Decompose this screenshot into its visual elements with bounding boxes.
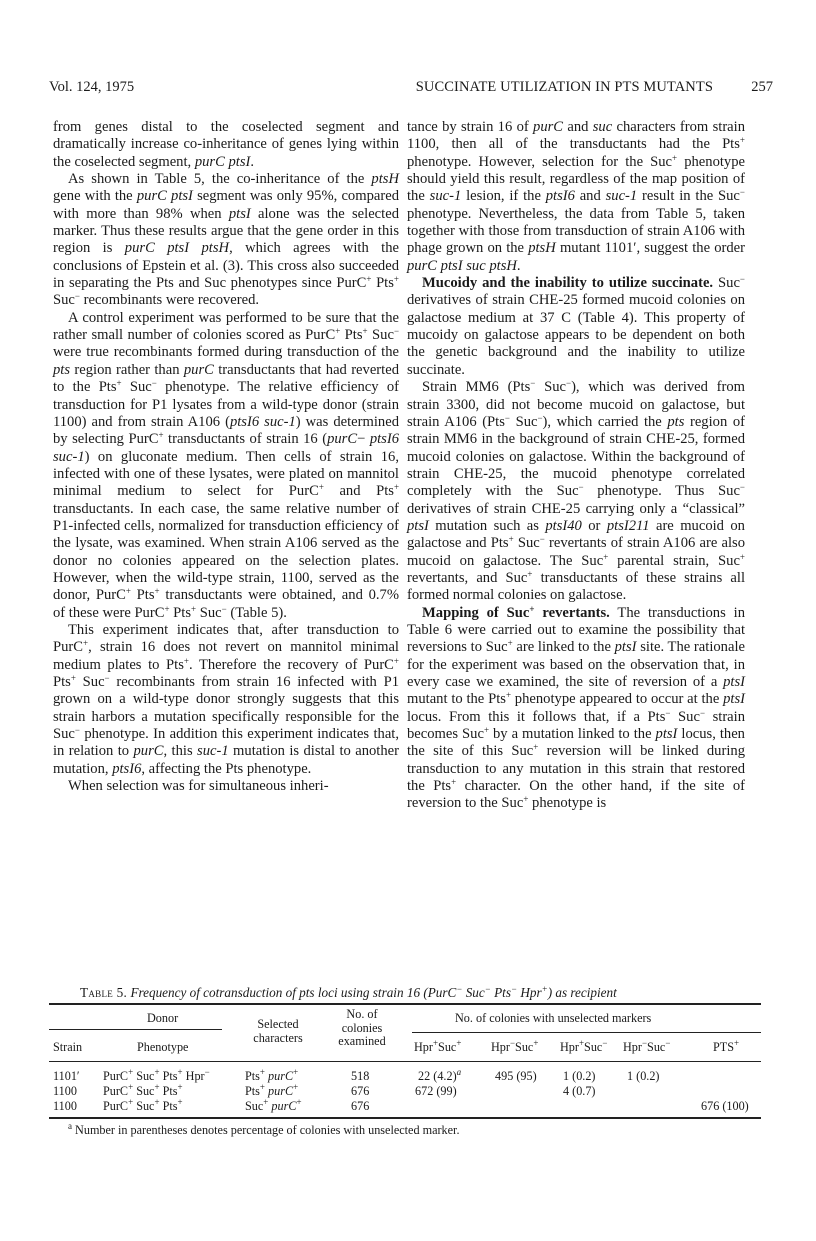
section-paragraph-mapping: Mapping of Suc+ revertants. The transduc… (407, 605, 745, 813)
table-caption: Table 5. Frequency of cotransduction of … (80, 985, 617, 1001)
footnote-mark: a (68, 1121, 72, 1131)
paragraph: A control experiment was performed to be… (53, 310, 399, 622)
paragraph: As shown in Table 5, the co-inheritance … (53, 171, 399, 310)
table-footnote: a Number in parentheses denotes percenta… (68, 1123, 460, 1138)
table-cell-hpr_p_suc_m: 1 (0.2) (563, 1069, 596, 1084)
header-donor: Donor (147, 1011, 178, 1026)
paragraph: When selection was for simultaneous inhe… (53, 778, 399, 795)
unselected-rule (412, 1032, 761, 1033)
table-cell-examined: 676 (351, 1099, 369, 1114)
table-cell-selected: Suc+ purC+ (245, 1099, 302, 1114)
col-hpr-p-suc-p: Hpr+Suc+ (414, 1040, 461, 1055)
table-cell-hpr_p_suc_p: 22 (4.2)a (415, 1069, 461, 1084)
paragraph: This experiment indicates that, after tr… (53, 622, 399, 778)
paragraph: tance by strain 16 of purC and suc chara… (407, 119, 745, 275)
col-hpr-p-suc-m: Hpr+Suc− (560, 1040, 607, 1055)
table-cell-hpr_m_suc_m: 1 (0.2) (627, 1069, 660, 1084)
table-label: Table 5. (80, 985, 127, 1000)
volume-label: Vol. 124, 1975 (49, 79, 134, 96)
col-strain: Strain (53, 1040, 82, 1055)
left-column: from genes distal to the coselected segm… (53, 119, 399, 795)
table-cell-strain: 1101′ (53, 1069, 80, 1084)
table-top-rule (49, 1003, 761, 1005)
table-cell-hpr_p_suc_p: 672 (99) (415, 1084, 457, 1099)
table-bottom-rule (49, 1117, 761, 1119)
col-pts-p: PTS+ (713, 1040, 739, 1055)
running-header: Vol. 124, 1975 SUCCINATE UTILIZATION IN … (49, 79, 773, 97)
col-hpr-m-suc-p: Hpr−Suc+ (491, 1040, 538, 1055)
table-cell-hpr_p_suc_m: 4 (0.7) (563, 1084, 596, 1099)
table-cell-selected: Pts+ purC+ (245, 1084, 298, 1099)
paragraph: Strain MM6 (Pts− Suc−), which was derive… (407, 379, 745, 604)
header-examined: No. ofcoloniesexamined (329, 1008, 395, 1049)
donor-rule (49, 1029, 222, 1030)
running-title: SUCCINATE UTILIZATION IN PTS MUTANTS (416, 79, 713, 96)
section-paragraph-mucoidy: Mucoidy and the inability to utilize suc… (407, 275, 745, 379)
table-cell-examined: 518 (351, 1069, 369, 1084)
table-title: Frequency of cotransduction of pts loci … (130, 985, 616, 1000)
right-column: tance by strain 16 of purC and suc chara… (407, 119, 745, 813)
table-cell-strain: 1100 (53, 1099, 77, 1114)
paragraph: from genes distal to the coselected segm… (53, 119, 399, 171)
header-unselected: No. of colonies with unselected markers (455, 1011, 651, 1026)
header-bottom-rule (49, 1061, 761, 1062)
footnote-text: Number in parentheses denotes percentage… (75, 1123, 459, 1137)
page-number: 257 (751, 79, 773, 96)
table-cell-examined: 676 (351, 1084, 369, 1099)
header-selected: Selectedcharacters (243, 1017, 313, 1045)
table-cell-strain: 1100 (53, 1084, 77, 1099)
table-cell-phenotype: PurC+ Suc+ Pts+ (103, 1099, 183, 1114)
table-cell-selected: Pts+ purC+ (245, 1069, 298, 1084)
col-hpr-m-suc-m: Hpr−Suc− (623, 1040, 670, 1055)
table-cell-pts_p: 676 (100) (701, 1099, 749, 1114)
table-cell-hpr_m_suc_p: 495 (95) (495, 1069, 537, 1084)
table-cell-phenotype: PurC+ Suc+ Pts+ (103, 1084, 183, 1099)
col-phenotype: Phenotype (137, 1040, 188, 1055)
